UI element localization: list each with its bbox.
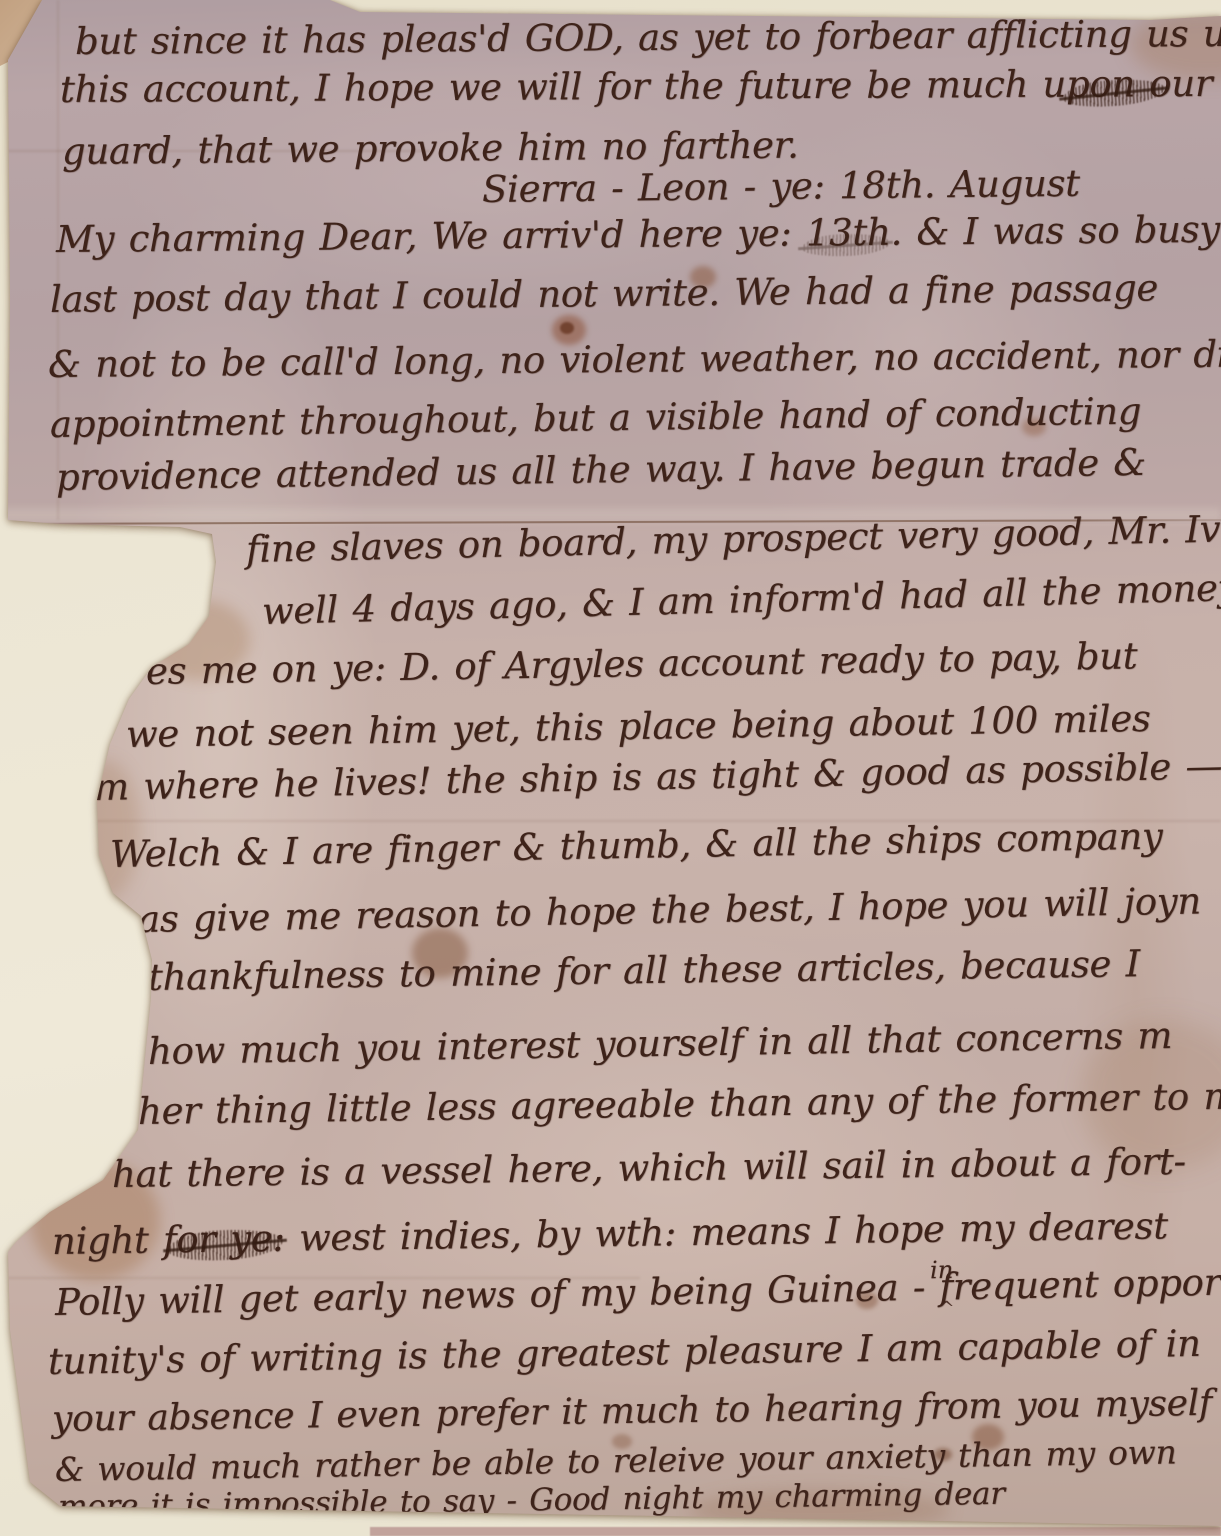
- letter-photo: but since it has pleas'd GOD, as yet to …: [0, 0, 1221, 1536]
- insertion-caret: ^: [938, 1296, 955, 1320]
- letter-line: but since it has pleas'd GOD, as yet to …: [75, 13, 1221, 62]
- letter-line: well 4 days ago, & I am inform'd had all…: [262, 567, 1221, 633]
- letter-line: es me on ye: D. of Argyles account ready…: [146, 636, 1138, 692]
- letter-line: your absence I even prefer it much to he…: [52, 1384, 1212, 1440]
- letter-line: how much you interest yourself in all th…: [148, 1016, 1173, 1073]
- letter-line: hat there is a vessel here, which will s…: [112, 1142, 1186, 1196]
- letter-line: this account, I hope we will for the fut…: [60, 64, 1212, 111]
- letter-line: tunity's of writing is the greatest plea…: [48, 1324, 1201, 1383]
- letter-line: her thing little less agreeable than any…: [138, 1076, 1221, 1132]
- letter-line: we not seen him yet, this place being ab…: [126, 699, 1151, 756]
- inserted-word: in: [930, 1256, 954, 1284]
- letter-dateline: Sierra - Leon - ye: 18th. August: [482, 164, 1080, 211]
- paper-stain: [560, 322, 574, 334]
- letter-line: Polly will get early news of my being Gu…: [55, 1263, 1221, 1324]
- letter-line: Welch & I are finger & thumb, & all the …: [110, 817, 1163, 876]
- letter-line: m where he lives! the ship is as tight &…: [94, 746, 1221, 808]
- letter-paper: but since it has pleas'd GOD, as yet to …: [0, 0, 1221, 1536]
- letter-line: as give me reason to hope the best, I ho…: [138, 881, 1202, 940]
- letter-line: thankfulness to mine for all these artic…: [148, 944, 1140, 999]
